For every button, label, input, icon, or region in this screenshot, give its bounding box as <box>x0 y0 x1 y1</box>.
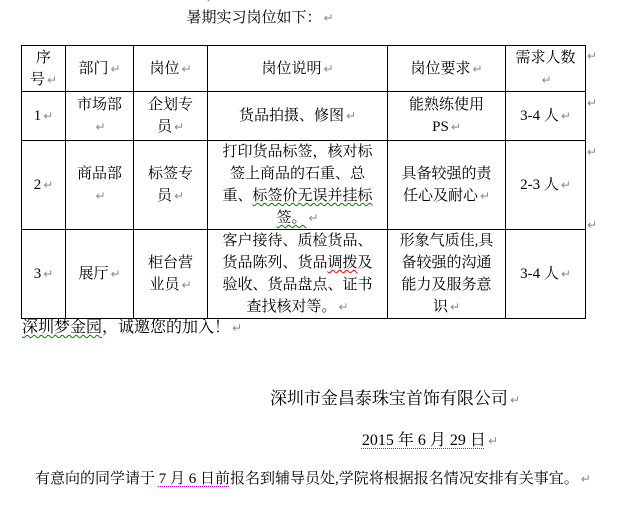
paragraph-mark-icon: ↵ <box>43 178 53 192</box>
paragraph-mark-icon: ↵ <box>95 189 105 203</box>
cell-text: 形象气质佳,具备较强的沟通能力及服务意识 <box>400 233 494 315</box>
title-text: 暑期实习岗位如下： <box>186 10 321 26</box>
cell-dept[interactable]: 商品部↵ <box>66 141 134 230</box>
cell-requirements[interactable]: 具备较强的责任心及耐心↵ <box>388 141 506 230</box>
cell-text: 客户接待、质检货品、货品陈列、货品调拨及验收、货品盘点、证书查找核对等。 <box>222 233 372 315</box>
paragraph-mark-icon: ↵ <box>47 73 57 87</box>
paragraph-mark-icon: ↵ <box>43 267 53 281</box>
row-end-paragraph-mark-icon: ↵ <box>587 49 597 63</box>
cell-position[interactable]: 标签专员↵ <box>134 141 208 230</box>
text-segment: 深圳梦金园 <box>22 319 102 336</box>
cell-no[interactable]: 1↵ <box>22 92 66 141</box>
text-segment: 备较强的沟通能力及服务意识 <box>401 255 491 315</box>
cell-description[interactable]: 客户接待、质检货品、货品陈列、货品调拨及验收、货品盘点、证书查找核对等。↵ <box>208 230 388 319</box>
paragraph-mark-icon: ↵ <box>308 211 318 225</box>
notice-text: 有意向的同学请于 7 月 6 日前报名到辅导员处,学院将根据报名情况安排有关事宜… <box>35 471 579 487</box>
paragraph-mark-icon: ↵ <box>561 178 571 192</box>
text-segment: ，诚邀您的加入！ <box>102 319 230 336</box>
paragraph-mark-icon: ↵ <box>450 300 460 314</box>
table-row: 1↵ 市场部↵ 企划专员↵ 货品拍摄、修图↵ 能熟练使用 PS↵ 3-4 人↵ <box>22 92 586 141</box>
header-cell-requirements[interactable]: 岗位要求↵ <box>388 46 506 92</box>
cell-text: 市场部 <box>77 97 122 113</box>
header-cell-count[interactable]: 需求人数↵ <box>506 46 586 92</box>
cell-position[interactable]: 柜台营业员↵ <box>134 230 208 319</box>
paragraph-mark-icon: ↵ <box>110 267 120 281</box>
table-row: 3↵ 展厅↵ 柜台营业员↵ 客户接待、质检货品、货品陈列、货品调拨及验收、货品盘… <box>22 230 586 319</box>
cell-no[interactable]: 3↵ <box>22 230 66 319</box>
cell-text: 2-3 人 <box>520 177 559 193</box>
cell-text: 商品部 <box>77 166 122 182</box>
text-segment: 形象气质佳,具 <box>400 233 494 249</box>
paragraph-mark-icon: ↵ <box>323 62 333 76</box>
paragraph-mark-icon: ↵ <box>561 267 571 281</box>
paragraph-mark-icon: ↵ <box>174 189 184 203</box>
cell-count[interactable]: 2-3 人↵ <box>506 141 586 230</box>
text-segment: 能熟练使用 PS <box>409 97 484 135</box>
text-segment: 调拨 <box>327 255 357 271</box>
cell-text: 3-4 人 <box>520 108 559 124</box>
paragraph-mark-icon: ↵ <box>181 62 191 76</box>
cell-text: 企划专员 <box>148 97 193 135</box>
date-text: 2015 年 6 月 29 日 <box>362 432 486 449</box>
cell-description[interactable]: 打印货品标签，核对标签上商品的石重、总重、标签价无误并挂标签。↵ <box>208 141 388 230</box>
text-segment: 具备较强的责任心及耐心 <box>401 166 491 204</box>
paragraph-mark-icon: ↵ <box>43 109 53 123</box>
cell-description[interactable]: 货品拍摄、修图↵ <box>208 92 388 141</box>
cell-text: 展厅 <box>78 266 108 282</box>
invite-text: 深圳梦金园，诚邀您的加入！ <box>22 319 230 336</box>
header-cell-position[interactable]: 岗位↵ <box>134 46 208 92</box>
cell-text: 能熟练使用 PS <box>409 97 484 135</box>
cell-requirements[interactable]: 形象气质佳,具备较强的沟通能力及服务意识↵ <box>388 230 506 319</box>
cell-count[interactable]: 3-4 人↵ <box>506 230 586 319</box>
text-segment: 7 月 6 日前 <box>159 471 230 487</box>
text-segment: 2015 年 6 月 29 日 <box>362 432 486 449</box>
company-signature[interactable]: 深圳市金昌泰珠宝首饰有限公司↵ <box>0 384 620 409</box>
invite-paragraph[interactable]: 深圳梦金园，诚邀您的加入！↵ <box>22 314 242 337</box>
paragraph-mark-icon: ↵ <box>346 109 356 123</box>
paragraph-mark-icon: ↵ <box>480 189 490 203</box>
text-segment: 报名到辅导员处,学院将根据报名情况安排有关事宜。 <box>230 471 579 487</box>
cell-position[interactable]: 企划专员↵ <box>134 92 208 141</box>
paragraph-mark-icon: ↵ <box>338 300 348 314</box>
header-cell-description[interactable]: 岗位说明↵ <box>208 46 388 92</box>
cell-requirements[interactable]: 能熟练使用 PS↵ <box>388 92 506 141</box>
cell-no[interactable]: 2↵ <box>22 141 66 230</box>
header-label: 岗位 <box>149 61 179 77</box>
header-label: 岗位要求 <box>410 61 470 77</box>
cell-text: 打印货品标签，核对标签上商品的石重、总重、标签价无误并挂标签。 <box>222 144 372 226</box>
paragraph-mark-icon: ↵ <box>472 62 482 76</box>
paragraph-mark-icon: ↵ <box>510 393 520 407</box>
row-end-paragraph-mark-icon: ↵ <box>587 96 597 110</box>
notice-paragraph[interactable]: 有意向的同学请于 7 月 6 日前报名到辅导员处,学院将根据报名情况安排有关事宜… <box>22 467 618 488</box>
date-paragraph[interactable]: 2015 年 6 月 29 日↵ <box>0 427 620 450</box>
cell-text: 2 <box>34 177 42 193</box>
positions-table: 序号↵ 部门↵ 岗位↵ 岗位说明↵ 岗位要求↵ 需求人数↵ 1↵ 市场部↵ 企划… <box>21 45 586 319</box>
paragraph-mark-icon: ↵ <box>323 11 333 25</box>
paragraph-mark-icon: ↵ <box>174 120 184 134</box>
paragraph-mark-icon: ↵ <box>110 62 120 76</box>
cell-count[interactable]: 3-4 人↵ <box>506 92 586 141</box>
cell-text: 货品拍摄、修图 <box>239 108 344 124</box>
cell-text: 具备较强的责任心及耐心 <box>401 166 491 204</box>
paragraph-mark-icon: ↵ <box>581 472 591 486</box>
header-label: 需求人数 <box>515 50 575 66</box>
paragraph-mark-icon: ↵ <box>95 120 105 134</box>
table-header-row: 序号↵ 部门↵ 岗位↵ 岗位说明↵ 岗位要求↵ 需求人数↵ <box>22 46 586 92</box>
paragraph-mark-icon: ↵ <box>488 434 498 448</box>
paragraph-mark-icon: ↵ <box>181 278 191 292</box>
cell-text: 1 <box>34 108 42 124</box>
table-row: 2↵ 商品部↵ 标签专员↵ 打印货品标签，核对标签上商品的石重、总重、标签价无误… <box>22 141 586 230</box>
document-page: ↵ 暑期实习岗位如下：↵ 序号↵ 部门↵ 岗位↵ 岗位说明↵ 岗位要求↵ 需求人… <box>0 0 620 507</box>
paragraph-mark-icon: ↵ <box>451 120 461 134</box>
cell-text: 3-4 人 <box>520 266 559 282</box>
header-label: 部门 <box>78 61 108 77</box>
header-cell-dept[interactable]: 部门↵ <box>66 46 134 92</box>
paragraph-mark-icon: ↵ <box>232 321 242 335</box>
cell-dept[interactable]: 市场部↵ <box>66 92 134 141</box>
text-segment: 货品拍摄、修图 <box>239 108 344 124</box>
cell-text: 3 <box>34 266 42 282</box>
company-name: 深圳市金昌泰珠宝首饰有限公司 <box>270 389 508 408</box>
row-end-paragraph-mark-icon: ↵ <box>587 145 597 159</box>
row-end-paragraph-mark-icon: ↵ <box>587 218 597 232</box>
header-cell-no[interactable]: 序号↵ <box>22 46 66 92</box>
document-title[interactable]: 暑期实习岗位如下：↵ <box>0 6 620 27</box>
paragraph-mark-icon: ↵ <box>561 109 571 123</box>
cell-text: 标签专员 <box>148 166 193 204</box>
header-label: 岗位说明 <box>261 61 321 77</box>
paragraph-mark-icon: ↵ <box>541 73 551 87</box>
cell-dept[interactable]: 展厅↵ <box>66 230 134 319</box>
text-segment: 有意向的同学请于 <box>35 471 159 487</box>
